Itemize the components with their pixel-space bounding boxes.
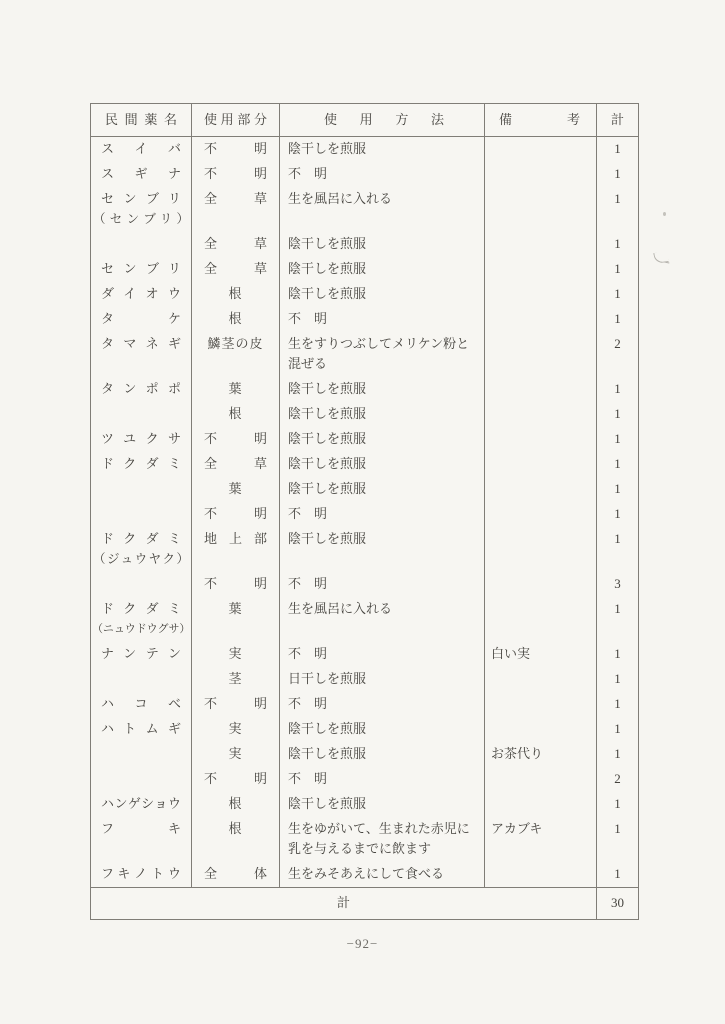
method-cell: 陰干しを煎服 (279, 402, 484, 427)
part-cell: 根 (191, 817, 279, 862)
medicine-name: ハンゲショウ (101, 794, 181, 814)
part-cell: 不明 (191, 162, 279, 187)
note-cell (484, 717, 596, 742)
medicine-name: ドクダミ (101, 454, 181, 474)
table-row: ツユクサ 不明 陰干しを煎服 1 (91, 427, 638, 452)
header-name: 民間薬名 (91, 104, 191, 136)
table-footer-row: 計 30 (91, 887, 638, 919)
note-cell: お茶代り (484, 742, 596, 767)
name-cell: ドクダミ （ジュウヤク） (91, 527, 191, 572)
table-row: センブリ 全草 陰干しを煎服 1 (91, 257, 638, 282)
name-cell: ナンテン (91, 642, 191, 667)
header-part: 使用部分 (191, 104, 279, 136)
header-method: 使用方法 (279, 104, 484, 136)
note-cell (484, 502, 596, 527)
medicine-alt-name: （センブリ） (93, 209, 189, 229)
name-cell: ツユクサ (91, 427, 191, 452)
part-cell: 不明 (191, 502, 279, 527)
note-cell (484, 767, 596, 792)
part-cell: 根 (191, 402, 279, 427)
note-cell (484, 667, 596, 692)
medicine-name: ナンテン (101, 644, 181, 664)
name-cell (91, 232, 191, 257)
part-cell: 地上部 (191, 527, 279, 572)
method-cell: 陰干しを煎服 (279, 452, 484, 477)
table-header-row: 民間薬名 使用部分 使用方法 備考 計 (91, 104, 638, 137)
method-cell: 生を風呂に入れる (279, 187, 484, 232)
name-cell (91, 667, 191, 692)
medicine-name: タケ (101, 309, 181, 329)
name-cell (91, 502, 191, 527)
note-cell (484, 427, 596, 452)
name-cell: フキ (91, 817, 191, 862)
note-cell (484, 187, 596, 232)
method-cell: 陰干しを煎服 (279, 257, 484, 282)
method-cell: 不 明 (279, 767, 484, 792)
name-cell: ハンゲショウ (91, 792, 191, 817)
medicine-name: センブリ (101, 189, 181, 209)
method-cell: 不 明 (279, 502, 484, 527)
table-row: 不明 不 明 3 (91, 572, 638, 597)
table-row: 実 陰干しを煎服 お茶代り 1 (91, 742, 638, 767)
part-cell: 葉 (191, 377, 279, 402)
footer-total-value: 30 (596, 888, 638, 919)
part-cell: 不明 (191, 692, 279, 717)
note-cell (484, 332, 596, 377)
name-cell (91, 742, 191, 767)
scan-artifact-dot (663, 212, 666, 216)
part-cell: 根 (191, 792, 279, 817)
note-cell (484, 282, 596, 307)
header-total: 計 (596, 104, 638, 136)
method-cell: 日干しを煎服 (279, 667, 484, 692)
table-row: タンポポ 葉 陰干しを煎服 1 (91, 377, 638, 402)
method-cell: 不 明 (279, 572, 484, 597)
table-row: ナンテン 実 不 明 白い実 1 (91, 642, 638, 667)
count-cell: 1 (596, 162, 638, 187)
medicine-name: ハトムギ (101, 719, 181, 739)
scan-artifact-mark (653, 251, 668, 264)
name-cell: ハコベ (91, 692, 191, 717)
note-cell (484, 477, 596, 502)
note-cell (484, 137, 596, 162)
count-cell: 1 (596, 232, 638, 257)
method-cell: 陰干しを煎服 (279, 232, 484, 257)
count-cell: 1 (596, 187, 638, 232)
count-cell: 1 (596, 597, 638, 642)
count-cell: 1 (596, 307, 638, 332)
medicine-name: ドクダミ (101, 599, 181, 619)
table-body: スイバ 不明 陰干しを煎服 1 スギナ 不明 不 明 1 センブリ (91, 137, 638, 887)
part-cell: 全草 (191, 232, 279, 257)
part-cell: 葉 (191, 597, 279, 642)
method-cell: 不 明 (279, 307, 484, 332)
medicine-alt-name: （ジュウヤク） (93, 549, 189, 569)
count-cell: 1 (596, 502, 638, 527)
medicine-name: タンポポ (101, 379, 181, 399)
part-cell: 根 (191, 282, 279, 307)
name-cell: ドクダミ (91, 452, 191, 477)
method-cell: 不 明 (279, 692, 484, 717)
name-cell: タンポポ (91, 377, 191, 402)
count-cell: 1 (596, 452, 638, 477)
method-cell: 陰干しを煎服 (279, 742, 484, 767)
name-cell: スギナ (91, 162, 191, 187)
note-cell (484, 597, 596, 642)
part-cell: 全草 (191, 452, 279, 477)
footer-total-label: 計 (91, 888, 596, 919)
note-cell (484, 307, 596, 332)
table-row: ドクダミ （ジュウヤク） 地上部 陰干しを煎服 1 (91, 527, 638, 572)
name-cell: ドクダミ （ニュウドウグサ） (91, 597, 191, 642)
count-cell: 1 (596, 717, 638, 742)
method-cell: 陰干しを煎服 (279, 427, 484, 452)
method-cell: 陰干しを煎服 (279, 527, 484, 572)
medicine-name: ドクダミ (101, 529, 181, 549)
medicine-name: スイバ (101, 139, 181, 159)
part-cell: 鱗茎の皮 (191, 332, 279, 377)
count-cell: 1 (596, 402, 638, 427)
count-cell: 1 (596, 427, 638, 452)
name-cell (91, 767, 191, 792)
table-row: ダイオウ 根 陰干しを煎服 1 (91, 282, 638, 307)
part-cell: 不明 (191, 137, 279, 162)
count-cell: 2 (596, 767, 638, 792)
count-cell: 1 (596, 527, 638, 572)
method-cell: 陰干しを煎服 (279, 717, 484, 742)
medicine-name: ダイオウ (101, 284, 181, 304)
part-cell: 全体 (191, 862, 279, 887)
medicine-name: タマネギ (101, 334, 181, 354)
table-row: ドクダミ （ニュウドウグサ） 葉 生を風呂に入れる 1 (91, 597, 638, 642)
method-cell: 生を風呂に入れる (279, 597, 484, 642)
method-cell: 生をすりつぶしてメリケン粉と混ぜる (279, 332, 484, 377)
name-cell: ハトムギ (91, 717, 191, 742)
name-cell: フキノトウ (91, 862, 191, 887)
part-cell: 不明 (191, 767, 279, 792)
note-cell (484, 452, 596, 477)
table-row: タマネギ 鱗茎の皮 生をすりつぶしてメリケン粉と混ぜる 2 (91, 332, 638, 377)
count-cell: 1 (596, 642, 638, 667)
part-cell: 全草 (191, 187, 279, 232)
count-cell: 1 (596, 692, 638, 717)
table-row: ハトムギ 実 陰干しを煎服 1 (91, 717, 638, 742)
medicine-name: ツユクサ (101, 429, 181, 449)
table-row: ハコベ 不明 不 明 1 (91, 692, 638, 717)
table-row: 不明 不 明 2 (91, 767, 638, 792)
part-cell: 茎 (191, 667, 279, 692)
table-row: 根 陰干しを煎服 1 (91, 402, 638, 427)
table-row: 茎 日干しを煎服 1 (91, 667, 638, 692)
table-row: フキノトウ 全体 生をみそあえにして食べる 1 (91, 862, 638, 887)
count-cell: 1 (596, 377, 638, 402)
note-cell (484, 692, 596, 717)
count-cell: 1 (596, 862, 638, 887)
count-cell: 1 (596, 742, 638, 767)
medicine-name: センブリ (101, 259, 181, 279)
part-cell: 実 (191, 717, 279, 742)
name-cell: タケ (91, 307, 191, 332)
note-cell (484, 257, 596, 282)
method-cell: 陰干しを煎服 (279, 282, 484, 307)
note-cell (484, 232, 596, 257)
table-row: スイバ 不明 陰干しを煎服 1 (91, 137, 638, 162)
note-cell (484, 792, 596, 817)
table-row: スギナ 不明 不 明 1 (91, 162, 638, 187)
table-row: 葉 陰干しを煎服 1 (91, 477, 638, 502)
medicine-name: フキ (101, 819, 181, 839)
page-number: −92− (0, 936, 725, 952)
table-row: センブリ （センブリ） 全草 生を風呂に入れる 1 (91, 187, 638, 232)
method-cell: 陰干しを煎服 (279, 477, 484, 502)
part-cell: 実 (191, 742, 279, 767)
header-note: 備考 (484, 104, 596, 136)
part-cell: 不明 (191, 572, 279, 597)
table-row: タケ 根 不 明 1 (91, 307, 638, 332)
note-cell (484, 402, 596, 427)
table-row: 全草 陰干しを煎服 1 (91, 232, 638, 257)
name-cell: センブリ （センブリ） (91, 187, 191, 232)
method-cell: 不 明 (279, 162, 484, 187)
count-cell: 1 (596, 792, 638, 817)
method-cell: 陰干しを煎服 (279, 377, 484, 402)
count-cell: 1 (596, 282, 638, 307)
medicine-name: フキノトウ (101, 864, 181, 884)
name-cell: センブリ (91, 257, 191, 282)
note-cell (484, 162, 596, 187)
medicine-name: ハコベ (101, 694, 181, 714)
name-cell (91, 477, 191, 502)
name-cell: ダイオウ (91, 282, 191, 307)
count-cell: 1 (596, 477, 638, 502)
note-cell (484, 377, 596, 402)
count-cell: 3 (596, 572, 638, 597)
count-cell: 1 (596, 257, 638, 282)
note-cell (484, 527, 596, 572)
table-row: ハンゲショウ 根 陰干しを煎服 1 (91, 792, 638, 817)
part-cell: 不明 (191, 427, 279, 452)
medicine-alt-name: （ニュウドウグサ） (92, 619, 190, 639)
table-row: 不明 不 明 1 (91, 502, 638, 527)
part-cell: 根 (191, 307, 279, 332)
count-cell: 1 (596, 137, 638, 162)
note-cell: 白い実 (484, 642, 596, 667)
document-page: 民間薬名 使用部分 使用方法 備考 計 スイバ 不明 陰干しを煎服 1 スギナ (0, 0, 725, 1024)
folk-medicine-table: 民間薬名 使用部分 使用方法 備考 計 スイバ 不明 陰干しを煎服 1 スギナ (90, 103, 639, 920)
note-cell: アカブキ (484, 817, 596, 862)
count-cell: 1 (596, 817, 638, 862)
method-cell: 陰干しを煎服 (279, 792, 484, 817)
count-cell: 1 (596, 667, 638, 692)
note-cell (484, 862, 596, 887)
count-cell: 2 (596, 332, 638, 377)
name-cell (91, 402, 191, 427)
table-row: ドクダミ 全草 陰干しを煎服 1 (91, 452, 638, 477)
note-cell (484, 572, 596, 597)
method-cell: 不 明 (279, 642, 484, 667)
name-cell: タマネギ (91, 332, 191, 377)
medicine-name: スギナ (101, 164, 181, 184)
part-cell: 実 (191, 642, 279, 667)
method-cell: 生をみそあえにして食べる (279, 862, 484, 887)
name-cell: スイバ (91, 137, 191, 162)
table-row: フキ 根 生をゆがいて、生まれた赤児に乳を与えるまでに飲ます アカブキ 1 (91, 817, 638, 862)
method-cell: 生をゆがいて、生まれた赤児に乳を与えるまでに飲ます (279, 817, 484, 862)
part-cell: 全草 (191, 257, 279, 282)
name-cell (91, 572, 191, 597)
part-cell: 葉 (191, 477, 279, 502)
method-cell: 陰干しを煎服 (279, 137, 484, 162)
